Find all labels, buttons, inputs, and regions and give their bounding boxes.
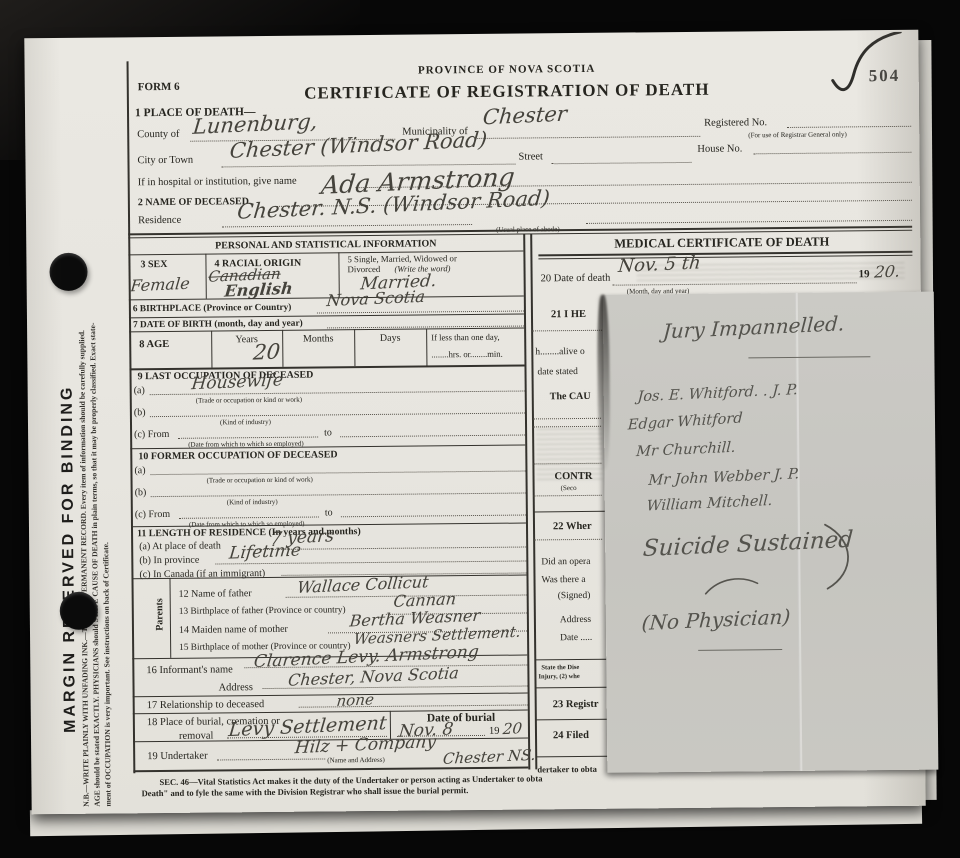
med-frag-23: 23 Registr xyxy=(553,699,599,710)
occ9-a-label: (a) xyxy=(134,385,145,396)
age-hrs-label: ........hrs. or........min. xyxy=(431,349,502,360)
father-label: 12 Name of father xyxy=(179,588,252,600)
binding-margin-text: MARGIN RESERVED FOR BINDING N.B.—WRITE P… xyxy=(56,100,125,817)
column-divider xyxy=(523,234,530,770)
dotted-line xyxy=(150,471,525,476)
verdict-flourish xyxy=(823,520,862,592)
street-label: Street xyxy=(518,151,543,162)
informant-label: 16 Informant's name xyxy=(146,664,233,676)
dotted-line xyxy=(179,517,319,519)
sex-value: Female xyxy=(130,274,191,296)
column-divider xyxy=(530,233,537,769)
med-frag-sec46-cont: dertaker to obta xyxy=(537,764,597,775)
row-border xyxy=(535,659,606,661)
med-frag-operation: Did an opera xyxy=(541,557,590,567)
dotted-line xyxy=(534,539,602,541)
undertaker-note: (Name and Address) xyxy=(327,756,385,765)
occ9-a-value: Housewife xyxy=(190,370,283,394)
punch-hole xyxy=(49,253,87,291)
relationship-label: 17 Relationship to deceased xyxy=(147,699,265,711)
dotted-line xyxy=(532,330,602,332)
note-physician: (No Physician) xyxy=(641,604,791,635)
form-bottom-rule xyxy=(133,767,528,773)
stamp-number: 504 xyxy=(869,66,901,86)
occ9-b-label: (b) xyxy=(134,407,146,418)
municipality-value: Chester xyxy=(482,102,568,130)
date-of-death-label: 20 Date of death xyxy=(541,273,611,285)
note-title: Jury Impannelled. xyxy=(662,311,845,343)
torn-edge-shadow xyxy=(597,295,611,470)
med-frag-date-stated: date stated xyxy=(537,367,577,377)
sec46-line2: Death" and to fyle the same with the Div… xyxy=(142,785,469,798)
medical-heading: MEDICAL CERTIFICATE OF DEATH xyxy=(531,234,912,253)
note-underline xyxy=(698,649,782,651)
sex-label: 3 SEX xyxy=(140,259,167,270)
med-frag-21: 21 I HE xyxy=(551,309,586,320)
undertaker-place: Chester NS. xyxy=(442,746,536,768)
res11-b-value: Lifetime xyxy=(228,540,302,563)
dotted-line xyxy=(217,758,325,760)
dotted-line xyxy=(787,126,911,128)
dotted-line xyxy=(534,495,602,497)
age-years-value: 20 xyxy=(252,339,281,364)
birthplace-label: 6 BIRTHPLACE (Province or Country) xyxy=(133,303,291,315)
dotted-line xyxy=(150,413,525,418)
house-no-label: House No. xyxy=(697,143,742,154)
row-border xyxy=(133,693,528,698)
date-of-death-value: Nov. 5 th xyxy=(617,252,701,277)
deceased-label: 2 NAME OF DECEASED xyxy=(138,196,249,208)
cell-border xyxy=(169,578,171,658)
note-name: Jos. E. Whitford. . J. P. xyxy=(637,382,798,405)
registered-no-note: (For use of Registrar General only) xyxy=(748,130,847,139)
rule xyxy=(538,255,912,260)
death-year-prefix: 19 xyxy=(859,268,870,280)
med-frag-22: 22 Wher xyxy=(553,521,592,532)
note-name: Mr John Webber J. P. xyxy=(648,466,800,489)
occ10-b-note: (Kind of industry) xyxy=(227,498,278,506)
dotted-line xyxy=(178,437,318,439)
certificate-page: MARGIN RESERVED FOR BINDING N.B.—WRITE P… xyxy=(24,30,925,815)
dotted-line xyxy=(533,418,601,420)
occ10-c-label: (c) From xyxy=(135,509,170,520)
note-name: William Mitchell. xyxy=(646,493,773,515)
father-bp-label: 13 Birthplace of father (Province or cou… xyxy=(179,605,346,617)
county-label: County of xyxy=(137,129,179,140)
mother-label: 14 Maiden name of mother xyxy=(179,624,288,636)
age-months-label: Months xyxy=(282,333,354,345)
row-border xyxy=(129,314,524,319)
sec46-line1: SEC. 46—Vital Statistics Act makes it th… xyxy=(159,773,542,787)
note-underline xyxy=(748,356,870,358)
cell-border xyxy=(205,254,206,299)
note-name: Edgar Whitford xyxy=(627,410,742,433)
occ10-c-to: to xyxy=(325,507,333,518)
note-name: Mr Churchill. xyxy=(636,440,736,460)
dotted-line xyxy=(586,220,912,224)
med-frag-seco: (Seco xyxy=(561,484,577,492)
residence-label: Residence xyxy=(138,215,181,226)
small-curve-mark xyxy=(701,571,763,600)
occ9-c-to: to xyxy=(324,427,332,438)
dotted-line xyxy=(341,515,526,518)
occ9-b-note: (Kind of industry) xyxy=(220,418,271,426)
death-year-value: 20. xyxy=(874,261,901,281)
dotted-line xyxy=(151,493,526,498)
city-label: City or Town xyxy=(137,155,193,167)
punch-hole xyxy=(60,592,98,630)
age-days-label: Days xyxy=(354,332,426,344)
dob-label: 7 DATE OF BIRTH (month, day and year) xyxy=(133,319,303,331)
row-border xyxy=(536,756,607,758)
row-border xyxy=(534,511,605,513)
burial-year-prefix: 19 xyxy=(489,726,500,737)
dotted-line xyxy=(340,435,525,438)
occ10-b-label: (b) xyxy=(135,487,147,498)
med-frag-autopsy: Was there a xyxy=(541,575,585,585)
med-frag-signed: (Signed) xyxy=(558,591,591,601)
burial-year-value: 20 xyxy=(502,719,523,738)
registered-no-label: Registered No. xyxy=(704,117,767,129)
parents-side-label: Parents xyxy=(154,584,166,644)
med-frag-contr: CONTR xyxy=(554,471,592,482)
undertaker-label: 19 Undertaker xyxy=(147,751,207,763)
occ10-heading: 10 FORMER OCCUPATION OF DECEASED xyxy=(138,449,337,462)
med-frag-alive: h........alive o xyxy=(535,347,584,357)
med-frag-address: Address xyxy=(560,615,591,625)
row-border xyxy=(536,719,607,721)
med-frag-cause: The CAU xyxy=(550,391,591,402)
row-border xyxy=(536,687,607,689)
occ10-a-note: (Trade or occupation or kind of work) xyxy=(207,476,313,485)
overlaid-jury-note: Jury Impannelled. Jos. E. Whitford. . J.… xyxy=(603,292,939,773)
occ9-a-note: (Trade or occupation or kind or work) xyxy=(196,396,302,405)
med-frag-date: Date ..... xyxy=(560,633,592,643)
med-frag-injury: Injury, (2) whe xyxy=(538,673,579,680)
med-frag-24: 24 Filed xyxy=(553,730,589,741)
dotted-line xyxy=(222,224,472,227)
province-heading: PROVINCE OF NOVA SCOTIA xyxy=(127,60,887,79)
certificate-title: CERTIFICATE OF REGISTRATION OF DEATH xyxy=(127,78,887,105)
dotted-line xyxy=(552,162,692,164)
hospital-label: If in hospital or institution, give name xyxy=(138,176,297,189)
birthplace-value: Nova Scotia xyxy=(326,287,426,310)
marital-label2: Divorced xyxy=(347,264,380,274)
med-frag-state-disease: State the Dise xyxy=(541,664,579,671)
age-less-label: If less than one day, xyxy=(431,332,500,343)
dotted-line xyxy=(475,136,700,139)
cell-border xyxy=(426,328,427,365)
scanned-death-certificate: MARGIN RESERVED FOR BINDING N.B.—WRITE P… xyxy=(0,0,960,858)
informant-address-label: Address xyxy=(218,682,253,693)
occ9-c-label: (c) From xyxy=(134,429,169,440)
res11-a-label: (a) At place of death xyxy=(139,540,221,552)
dotted-line xyxy=(753,152,911,155)
dotted-line xyxy=(299,705,528,708)
row-border xyxy=(129,365,524,370)
age-label: 8 AGE xyxy=(139,339,169,350)
res11-b-label: (b) In province xyxy=(139,555,199,567)
occ10-a-label: (a) xyxy=(134,465,145,476)
county-value: Lunenburg, xyxy=(192,109,319,139)
